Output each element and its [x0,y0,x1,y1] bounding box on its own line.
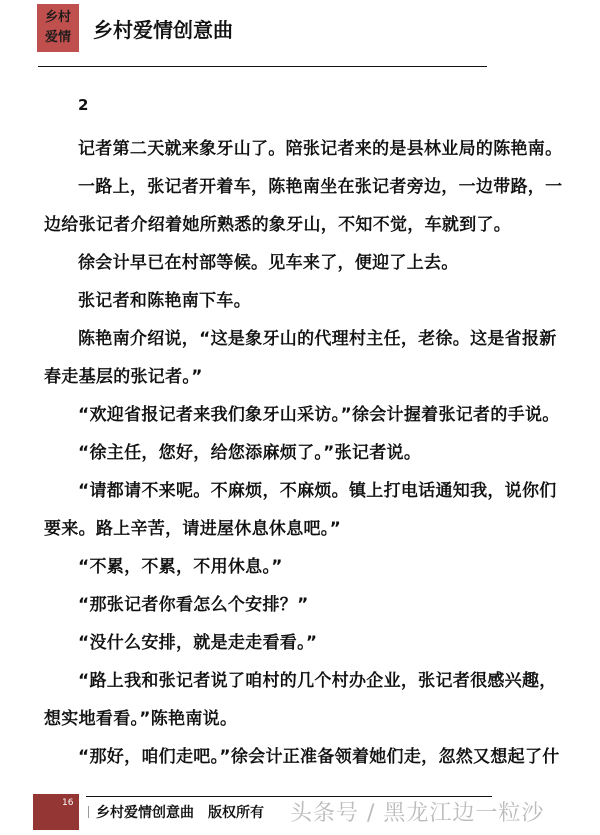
paragraph: 一路上，张记者开着车，陈艳南坐在张记者旁边，一边带路，一边给张记者介绍着她所熟悉… [44,168,564,244]
page-title: 乡村爱情创意曲 [93,14,233,43]
paragraph: “不累，不累，不用休息。” [44,548,564,586]
logo-badge: 乡村 爱情 [37,4,79,52]
header-divider [38,66,487,67]
paragraph: “那张记者你看怎么个安排？” [44,586,564,624]
body-text: 记者第二天就来象牙山了。陪张记者来的是县林业局的陈艳南。 一路上，张记者开着车，… [44,130,564,776]
paragraph: “路上我和张记者说了咱村的几个村办企业，张记者很感兴趣，想实地看看。”陈艳南说。 [44,662,564,738]
footer-separator [88,806,89,818]
watermark: 头条号 / 黑龙江边一粒沙 [290,796,544,827]
paragraph: 张记者和陈艳南下车。 [44,282,564,320]
logo-line-2: 爱情 [45,28,71,48]
paragraph: 徐会计早已在村部等候。见车来了，便迎了上去。 [44,244,564,282]
paragraph: “徐主任，您好，给您添麻烦了。”张记者说。 [44,434,564,472]
logo-line-1: 乡村 [45,8,71,28]
paragraph: “没什么安排，就是走走看看。” [44,624,564,662]
paragraph: “那好，咱们走吧。”徐会计正准备领着她们走，忽然又想起了什 [44,738,564,776]
paragraph: 陈艳南介绍说，“这是象牙山的代理村主任，老徐。这是省报新春走基层的张记者。” [44,320,564,396]
paragraph: “欢迎省报记者来我们象牙山采访。”徐会计握着张记者的手说。 [44,396,564,434]
paragraph: “请都请不来呢。不麻烦，不麻烦。镇上打电话通知我，说你们要来。路上辛苦，请进屋休… [44,472,564,548]
page-number: 16 [62,798,73,808]
footer-copyright: 乡村爱情创意曲 版权所有 [96,802,264,822]
paragraph: 记者第二天就来象牙山了。陪张记者来的是县林业局的陈艳南。 [44,130,564,168]
section-number: 2 [78,96,88,114]
